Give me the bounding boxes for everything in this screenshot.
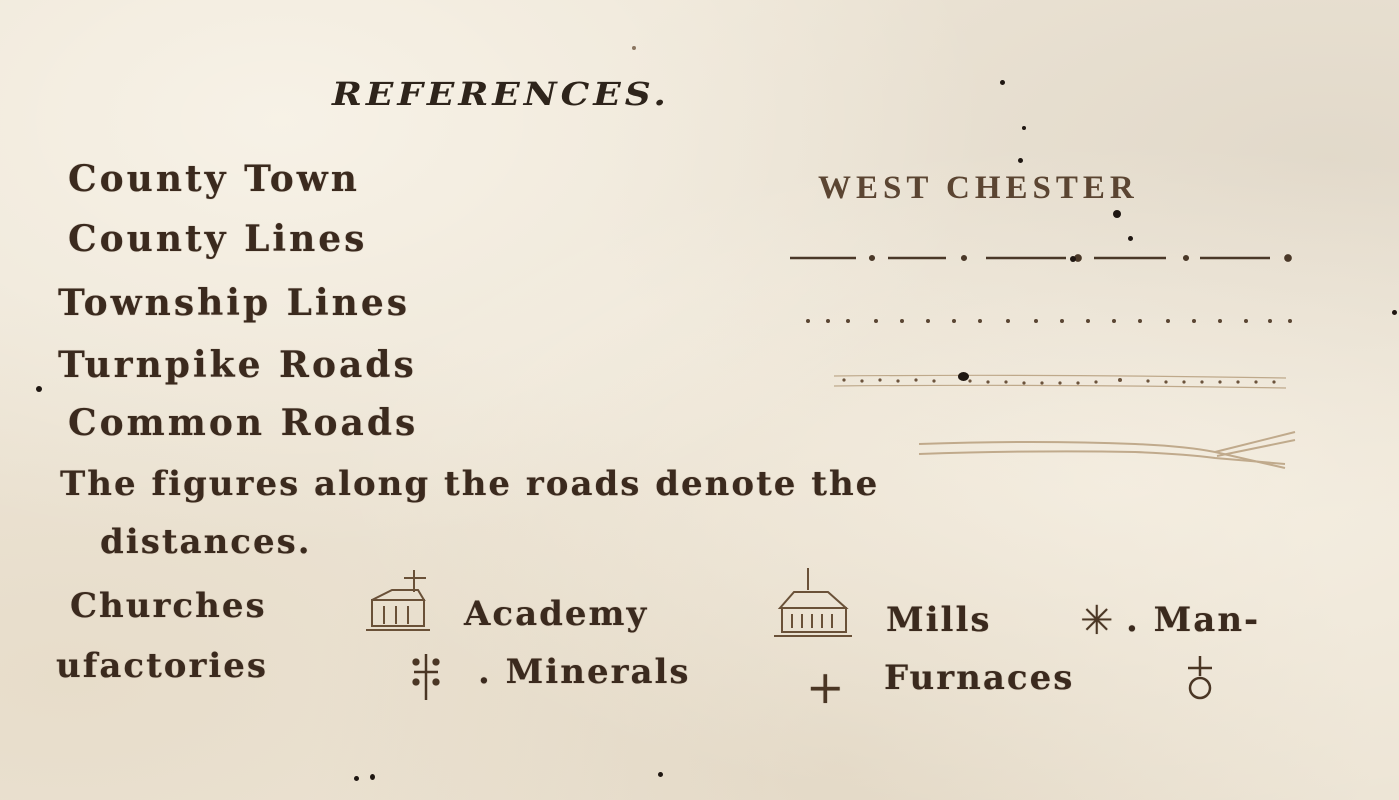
ink-speck xyxy=(1018,158,1023,163)
turnpike-road-symbol-icon xyxy=(830,368,1290,392)
legend-label-manufactories-part2: ufactories xyxy=(56,646,268,686)
academy-icon xyxy=(772,566,856,642)
legend-label-churches: Churches xyxy=(70,586,267,626)
county-line-symbol-icon xyxy=(786,250,1296,266)
legend-label-county-lines: County Lines xyxy=(68,218,367,260)
ink-speck xyxy=(1022,126,1026,130)
ink-speck xyxy=(658,772,663,777)
legend-title: REFERENCES. xyxy=(332,76,670,113)
legend-label-furnaces: Furnaces xyxy=(884,658,1074,698)
ink-speck xyxy=(36,386,42,392)
ink-speck xyxy=(1000,80,1005,85)
ink-speck xyxy=(1070,256,1076,262)
legend-label-minerals: . Minerals xyxy=(478,652,691,692)
ink-speck xyxy=(1113,210,1121,218)
ink-speck xyxy=(958,372,969,381)
manufactory-icon xyxy=(406,650,446,704)
legend-label-manufactories-part1: . Man- xyxy=(1126,600,1260,640)
legend-label-mills: Mills xyxy=(886,600,992,640)
county-town-sample-text: WEST CHESTER xyxy=(818,170,1139,207)
ink-speck xyxy=(370,774,375,780)
legend-label-township-lines: Township Lines xyxy=(58,282,410,324)
township-line-symbol-icon xyxy=(800,314,1300,328)
mill-asterisk-icon: ✳ xyxy=(1080,598,1116,644)
legend-footnote-line1: The figures along the roads denote the xyxy=(60,464,879,504)
legend-label-turnpike-roads: Turnpike Roads xyxy=(58,344,417,386)
ink-speck xyxy=(1392,310,1397,315)
legend-label-county-town: County Town xyxy=(68,158,360,200)
ink-speck xyxy=(632,46,636,50)
church-icon xyxy=(362,566,432,638)
legend-label-common-roads: Common Roads xyxy=(68,402,418,444)
legend-label-academy: Academy xyxy=(464,594,648,634)
furnace-icon xyxy=(1180,654,1220,702)
ink-speck xyxy=(354,776,359,781)
mineral-cross-icon: + xyxy=(806,660,847,714)
common-road-symbol-icon xyxy=(915,424,1305,474)
map-legend-sheet: REFERENCES. County Town County Lines Tow… xyxy=(0,0,1399,800)
legend-footnote-line2: distances. xyxy=(100,522,312,562)
ink-speck xyxy=(1128,236,1133,241)
